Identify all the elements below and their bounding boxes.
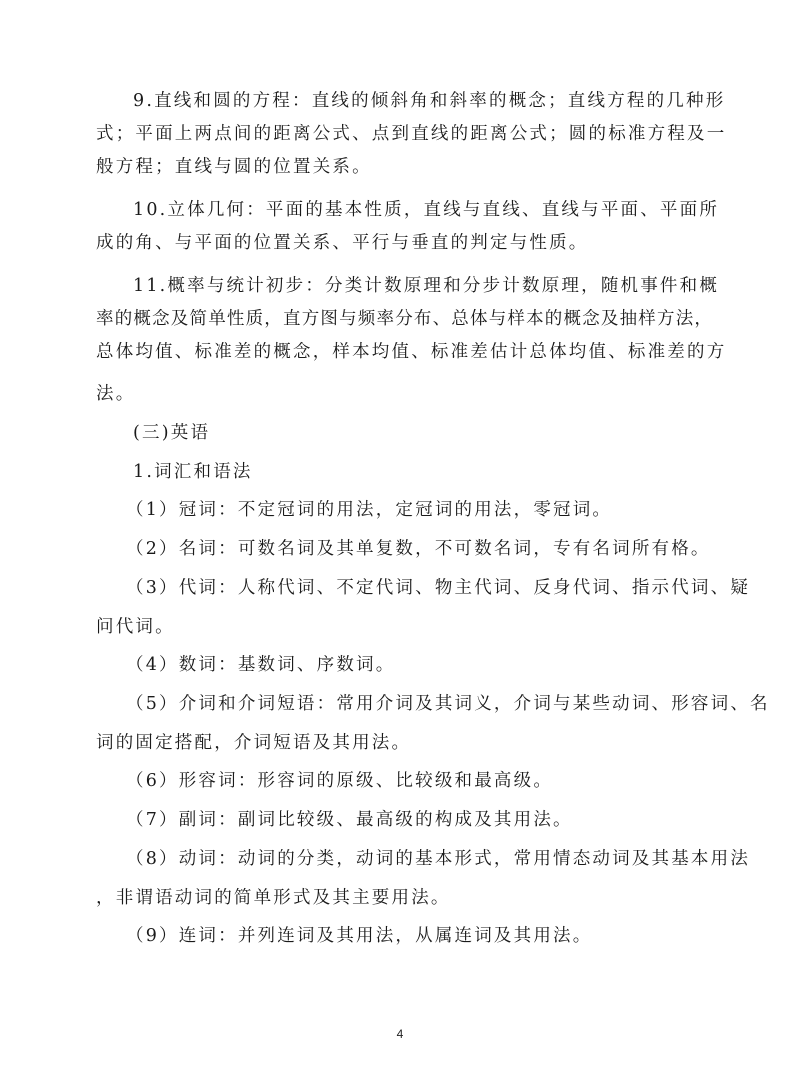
paragraph-line-math-9-2: 式；平面上两点间的距离公式、点到直线的距离公式；圆的标准方程及一 — [96, 122, 700, 146]
document-page: 9.直线和圆的方程：直线的倾斜角和斜率的概念；直线方程的几种形 式；平面上两点间… — [0, 0, 800, 1067]
list-item-verbs: （8）动词：动词的分类，动词的基本形式，常用情态动词及其基本用法 — [126, 847, 693, 871]
section-title-english: (三)英语 — [133, 421, 700, 445]
subsection-title-vocab-grammar: 1.词汇和语法 — [133, 460, 700, 484]
page-number: 4 — [0, 1027, 800, 1041]
paragraph-line-math-10-2: 成的角、与平面的位置关系、平行与垂直的判定与性质。 — [96, 231, 700, 255]
list-item-verbs-cont: ，非谓语动词的简单形式及其主要用法。 — [96, 886, 700, 910]
list-item-nouns: （2）名词：可数名词及其单复数，不可数名词，专有名词所有格。 — [126, 537, 693, 561]
list-item-numerals: （4）数词：基数词、序数词。 — [126, 653, 693, 677]
paragraph-line-math-9-1: 9.直线和圆的方程：直线的倾斜角和斜率的概念；直线方程的几种形 — [133, 89, 700, 113]
list-item-conjunctions: （9）连词：并列连词及其用法，从属连词及其用法。 — [126, 924, 693, 948]
paragraph-line-math-11-3: 总体均值、标准差的概念，样本均值、标准差估计总体均值、标准差的方 — [96, 340, 700, 364]
list-item-adjectives: （6）形容词：形容词的原级、比较级和最高级。 — [126, 769, 693, 793]
paragraph-line-math-11-1: 11.概率与统计初步：分类计数原理和分步计数原理，随机事件和概 — [133, 274, 700, 298]
list-item-articles: （1）冠词：不定冠词的用法，定冠词的用法，零冠词。 — [126, 498, 693, 522]
list-item-prepositions: （5）介词和介词短语：常用介词及其词义，介词与某些动词、形容词、名 — [126, 692, 693, 716]
list-item-adverbs: （7）副词：副词比较级、最高级的构成及其用法。 — [126, 808, 693, 832]
paragraph-line-math-10-1: 10.立体几何：平面的基本性质，直线与直线、直线与平面、平面所 — [133, 198, 700, 222]
list-item-pronouns: （3）代词：人称代词、不定代词、物主代词、反身代词、指示代词、疑 — [126, 576, 693, 600]
list-item-pronouns-cont: 问代词。 — [96, 615, 700, 639]
paragraph-line-math-11-2: 率的概念及简单性质，直方图与频率分布、总体与样本的概念及抽样方法， — [96, 307, 700, 331]
paragraph-line-math-11-4: 法。 — [96, 382, 700, 406]
list-item-prepositions-cont: 词的固定搭配，介词短语及其用法。 — [96, 731, 700, 755]
paragraph-line-math-9-3: 般方程；直线与圆的位置关系。 — [96, 155, 700, 179]
